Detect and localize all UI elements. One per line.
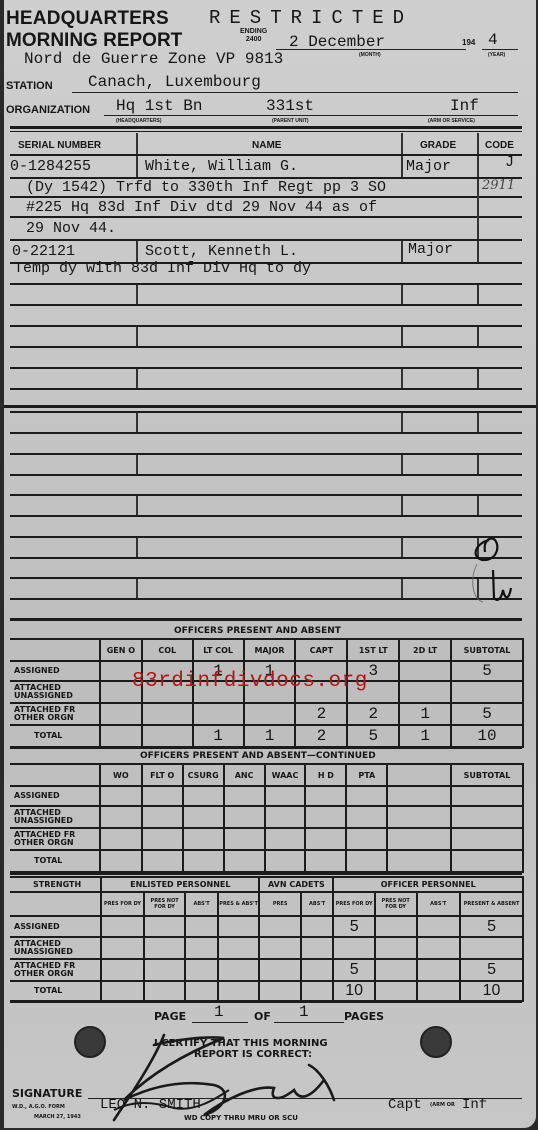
column-separator xyxy=(136,156,138,177)
entry-remark: Temp dy with 83d Inf Div Hq to dy xyxy=(14,260,311,277)
column-separator xyxy=(401,413,403,432)
form-date: MARCH 27, 1943 xyxy=(34,1114,81,1120)
table-row: ASSIGNED xyxy=(10,786,523,806)
cell xyxy=(144,959,186,981)
row-label: ATTACHED FR OTHER ORGN xyxy=(10,959,101,981)
cell xyxy=(142,725,193,747)
cell xyxy=(305,806,346,828)
cell xyxy=(305,850,346,872)
rule-line xyxy=(10,453,522,455)
cell xyxy=(451,806,523,828)
table-row: TOTAL 10 10 xyxy=(10,981,523,1001)
cell xyxy=(100,786,142,806)
cell xyxy=(218,916,260,937)
section-divider xyxy=(10,872,522,875)
cell xyxy=(185,916,217,937)
cell xyxy=(399,661,451,681)
cell xyxy=(218,959,260,981)
cell xyxy=(100,725,142,747)
cell xyxy=(417,937,461,959)
table-row: ATTACHED FR OTHER ORGN 2 2 1 5 xyxy=(10,703,523,725)
morning-report-document: HEADQUARTERS RESTRICTED MORNING REPORT E… xyxy=(4,0,536,1128)
rule-line xyxy=(10,557,522,559)
cell xyxy=(100,703,142,725)
cell xyxy=(265,806,306,828)
cell xyxy=(142,828,183,850)
form-title-headquarters: HEADQUARTERS xyxy=(6,8,169,30)
cell: 10 xyxy=(451,725,523,747)
row-label: ATTACHED FR OTHER ORGN xyxy=(10,703,100,725)
officers-continued-table: WO FLT O CSURG ANC WAAC H D PTA SUBTOTAL… xyxy=(10,763,524,873)
cell xyxy=(375,937,417,959)
column-header: PRESENT & ABSENT xyxy=(460,892,523,916)
row-label: ATTACHED UNASSIGNED xyxy=(10,937,101,959)
row-label: ATTACHED UNASSIGNED xyxy=(10,681,100,703)
cell: 5 xyxy=(333,959,375,981)
cell xyxy=(218,981,260,1001)
page-number: 1 xyxy=(214,1003,224,1021)
location-zone: Nord de Guerre Zone VP 9813 xyxy=(24,50,283,68)
cell xyxy=(346,806,387,828)
pages-label: PAGES xyxy=(344,1010,384,1023)
cell xyxy=(224,786,265,806)
column-separator xyxy=(401,496,403,515)
column-header-grade: GRADE xyxy=(420,140,456,151)
organization-underline xyxy=(104,115,518,116)
pages-underline xyxy=(274,1022,344,1023)
table-row: TOTAL 1 1 2 5 1 10 xyxy=(10,725,523,747)
organization-label: ORGANIZATION xyxy=(6,104,90,116)
entry-code-note: 2911 xyxy=(482,178,515,193)
cell xyxy=(101,937,144,959)
cell xyxy=(375,916,417,937)
cell xyxy=(101,959,144,981)
station-label: STATION xyxy=(6,80,53,92)
cell xyxy=(387,850,451,872)
cell: 2 xyxy=(347,703,399,725)
column-separator xyxy=(401,579,403,598)
signer-name: LEO N. SMITH xyxy=(100,1097,201,1113)
cell xyxy=(193,703,244,725)
cell xyxy=(346,786,387,806)
cell xyxy=(305,786,346,806)
cell xyxy=(183,806,224,828)
cell xyxy=(259,959,301,981)
cell xyxy=(301,981,333,1001)
column-header: ABS'T xyxy=(301,892,333,916)
cell xyxy=(417,959,461,981)
cell xyxy=(142,850,183,872)
column-header xyxy=(387,764,451,786)
rule-line xyxy=(10,577,522,579)
column-header: PTA xyxy=(346,764,387,786)
column-header: 2D LT xyxy=(399,639,451,661)
of-label: OF xyxy=(254,1010,271,1023)
cell xyxy=(417,981,461,1001)
column-header: SUBTOTAL xyxy=(451,764,523,786)
signature-label: SIGNATURE xyxy=(12,1087,82,1100)
column-separator xyxy=(136,285,138,304)
cell xyxy=(451,828,523,850)
cell: 5 xyxy=(460,959,523,981)
table-row: ATTACHED UNASSIGNED xyxy=(10,937,523,959)
row-label: ASSIGNED xyxy=(10,786,100,806)
column-header: FLT O xyxy=(142,764,183,786)
rule-line xyxy=(10,474,522,476)
column-separator xyxy=(477,285,479,304)
rule-line xyxy=(10,216,522,218)
column-header: 1ST LT xyxy=(347,639,399,661)
cell xyxy=(144,937,186,959)
copy-routing-note: WD COPY THRU MRU OR SCU xyxy=(184,1114,298,1122)
column-separator xyxy=(477,241,479,262)
officers-table-title: OFFICERS PRESENT AND ABSENT xyxy=(174,626,341,636)
rule-line xyxy=(10,346,522,348)
strength-table: STRENGTH ENLISTED PERSONNEL AVN CADETS O… xyxy=(10,876,524,1002)
table-row: TOTAL xyxy=(10,850,523,872)
cell xyxy=(185,937,217,959)
row-label: ASSIGNED xyxy=(10,661,100,681)
entry-name: White, William G. xyxy=(145,158,298,175)
entry-grade: Major xyxy=(408,241,453,258)
cell xyxy=(265,850,306,872)
column-header: PRES FOR DY xyxy=(101,892,144,916)
officers-continued-title: OFFICERS PRESENT AND ABSENT—CONTINUED xyxy=(140,751,376,761)
cell xyxy=(301,916,333,937)
year-caption: (YEAR) xyxy=(488,52,505,58)
year-underline xyxy=(482,49,518,50)
entry-remark: (Dy 1542) Trfd to 330th Inf Regt pp 3 SO xyxy=(26,179,386,196)
row-label: ASSIGNED xyxy=(10,916,101,937)
group-header-officer: OFFICER PERSONNEL xyxy=(333,877,523,892)
rule-line xyxy=(10,154,522,156)
column-header: PRES NOT FOR DY xyxy=(375,892,417,916)
row-label: ATTACHED UNASSIGNED xyxy=(10,806,100,828)
cell xyxy=(185,959,217,981)
cell xyxy=(224,850,265,872)
cell: 5 xyxy=(451,661,523,681)
rule-line xyxy=(10,494,522,496)
column-header: PRES FOR DY xyxy=(333,892,375,916)
entry-code: J xyxy=(505,154,514,171)
column-header: LT COL xyxy=(193,639,244,661)
handwritten-initials-icon xyxy=(469,530,519,610)
column-separator xyxy=(136,413,138,432)
column-header: PRES xyxy=(259,892,301,916)
cell xyxy=(142,703,193,725)
column-separator xyxy=(401,241,403,262)
cell xyxy=(305,828,346,850)
entry-name: Scott, Kenneth L. xyxy=(145,243,298,260)
cell xyxy=(224,828,265,850)
row-label: TOTAL xyxy=(10,850,100,872)
page-label: PAGE xyxy=(154,1010,186,1023)
column-header: GEN O xyxy=(100,639,142,661)
table-row: ATTACHED UNASSIGNED xyxy=(10,806,523,828)
rule-line xyxy=(10,515,522,517)
column-header-serial: SERIAL NUMBER xyxy=(18,140,101,151)
cell xyxy=(387,786,451,806)
cell xyxy=(183,786,224,806)
column-separator xyxy=(136,455,138,474)
column-header: SUBTOTAL xyxy=(451,639,523,661)
entry-remark: 29 Nov 44. xyxy=(26,220,116,237)
rule-line xyxy=(10,411,522,413)
month-caption: (MONTH) xyxy=(359,52,381,58)
section-divider-thin xyxy=(10,131,522,132)
arm-caption: (ARM OR SERVICE) xyxy=(428,118,475,124)
entry-grade: Major xyxy=(406,158,451,175)
cell xyxy=(244,703,296,725)
cell: 5 xyxy=(451,703,523,725)
organization-headquarters: Hq 1st Bn xyxy=(116,97,202,115)
section-divider xyxy=(10,126,522,129)
column-header-code: CODE xyxy=(485,140,514,151)
cell: 1 xyxy=(193,725,244,747)
cell xyxy=(375,959,417,981)
year-prefix: 194 xyxy=(462,38,475,47)
officers-table: GEN O COL LT COL MAJOR CAPT 1ST LT 2D LT… xyxy=(10,638,524,748)
cell: 5 xyxy=(460,916,523,937)
column-header: WO xyxy=(100,764,142,786)
rule-line xyxy=(10,598,522,600)
watermark: 83rdinfdivdocs.org xyxy=(132,670,368,693)
ending-label: ENDING 2400 xyxy=(240,28,267,44)
cell: 10 xyxy=(460,981,523,1001)
cell: 5 xyxy=(347,725,399,747)
column-separator xyxy=(477,413,479,432)
column-separator xyxy=(401,133,403,154)
ending-label-line2: 2400 xyxy=(240,36,267,44)
cell xyxy=(346,828,387,850)
cell xyxy=(183,850,224,872)
cell xyxy=(451,850,523,872)
signer-arm: Inf xyxy=(462,1097,487,1113)
rule-line xyxy=(10,196,522,198)
cell xyxy=(144,981,186,1001)
column-header: COL xyxy=(142,639,193,661)
cell: 1 xyxy=(244,725,296,747)
cell xyxy=(375,981,417,1001)
entry-serial: 0-22121 xyxy=(12,243,75,260)
cell xyxy=(460,937,523,959)
cell xyxy=(333,937,375,959)
strength-label: STRENGTH xyxy=(10,877,101,892)
signer-grade: Capt xyxy=(388,1097,422,1113)
column-separator xyxy=(477,179,479,239)
column-separator xyxy=(477,369,479,388)
cell xyxy=(346,850,387,872)
cell xyxy=(101,981,144,1001)
group-header-enlisted: ENLISTED PERSONNEL xyxy=(101,877,259,892)
column-separator xyxy=(136,241,138,262)
column-separator xyxy=(477,156,479,177)
cell xyxy=(101,916,144,937)
entry-remark: #225 Hq 83d Inf Div dtd 29 Nov 44 as of xyxy=(26,199,377,216)
rule-line xyxy=(10,536,522,538)
column-header: PRES NOT FOR DY xyxy=(144,892,186,916)
cell xyxy=(100,850,142,872)
form-identifier: W.D., A.G.O. FORM xyxy=(12,1104,65,1110)
table-row: ASSIGNED 5 5 xyxy=(10,916,523,937)
cell xyxy=(399,681,451,703)
cell xyxy=(387,806,451,828)
rule-line xyxy=(10,283,522,285)
cell xyxy=(301,937,333,959)
cell xyxy=(259,981,301,1001)
row-label: ATTACHED FR OTHER ORGN xyxy=(10,828,100,850)
cell xyxy=(224,806,265,828)
section-divider xyxy=(10,618,522,621)
continued-header-corner xyxy=(10,764,100,786)
station-value: Canach, Luxembourg xyxy=(88,73,261,91)
column-separator xyxy=(401,156,403,177)
column-separator xyxy=(136,369,138,388)
total-pages: 1 xyxy=(299,1003,309,1021)
section-divider xyxy=(10,746,522,749)
column-separator xyxy=(136,538,138,557)
column-header: WAAC xyxy=(265,764,306,786)
station-underline xyxy=(72,92,518,93)
cell xyxy=(451,681,523,703)
cell: 1 xyxy=(399,703,451,725)
cell xyxy=(142,806,183,828)
cell xyxy=(183,828,224,850)
ending-label-line1: ENDING xyxy=(240,28,267,36)
cell xyxy=(185,981,217,1001)
cell xyxy=(142,786,183,806)
strength-header-corner xyxy=(10,892,101,916)
cell: 1 xyxy=(399,725,451,747)
cell xyxy=(417,916,461,937)
column-separator xyxy=(477,327,479,346)
form-title-morning-report: MORNING REPORT xyxy=(6,30,182,52)
column-separator xyxy=(401,327,403,346)
cell xyxy=(387,828,451,850)
column-separator xyxy=(136,327,138,346)
cell: 2 xyxy=(295,725,347,747)
organization-arm: Inf xyxy=(450,97,479,115)
fold-divider xyxy=(4,405,536,408)
section-divider xyxy=(10,1000,522,1003)
column-separator xyxy=(401,285,403,304)
cell xyxy=(451,786,523,806)
column-header: ABS'T xyxy=(185,892,217,916)
column-header: CSURG xyxy=(183,764,224,786)
cell xyxy=(265,786,306,806)
cell xyxy=(100,828,142,850)
report-date: 2 December xyxy=(289,33,385,51)
cell xyxy=(265,828,306,850)
column-separator xyxy=(136,133,138,154)
rule-line xyxy=(10,367,522,369)
row-label: TOTAL xyxy=(10,725,100,747)
cell xyxy=(218,937,260,959)
cell: 5 xyxy=(333,916,375,937)
page-underline xyxy=(192,1022,248,1023)
parent-unit-caption: (PARENT UNIT) xyxy=(272,118,309,124)
entry-serial: 0-1284255 xyxy=(10,158,91,175)
column-separator xyxy=(477,133,479,154)
column-separator xyxy=(477,455,479,474)
column-header: PRES & ABS'T xyxy=(218,892,260,916)
table-row: ATTACHED FR OTHER ORGN xyxy=(10,828,523,850)
column-separator xyxy=(477,496,479,515)
punch-hole-icon xyxy=(420,1026,452,1058)
headquarters-caption: (HEADQUARTERS) xyxy=(116,118,162,124)
table-row: ATTACHED FR OTHER ORGN 5 5 xyxy=(10,959,523,981)
rule-line xyxy=(10,304,522,306)
officers-header-corner xyxy=(10,639,100,661)
classification-stamp: RESTRICTED xyxy=(209,7,413,29)
rule-line xyxy=(10,388,522,390)
cell xyxy=(259,937,301,959)
rule-line xyxy=(10,432,522,434)
arm-caption: (ARM OR xyxy=(430,1102,455,1108)
column-header: MAJOR xyxy=(244,639,296,661)
cell: 10 xyxy=(333,981,375,1001)
column-separator xyxy=(136,496,138,515)
cell xyxy=(144,916,186,937)
cell: 2 xyxy=(295,703,347,725)
rule-line xyxy=(10,325,522,327)
cell xyxy=(100,806,142,828)
column-separator xyxy=(401,538,403,557)
column-separator xyxy=(401,455,403,474)
column-header: ABS'T xyxy=(417,892,461,916)
cell xyxy=(259,916,301,937)
row-label: TOTAL xyxy=(10,981,101,1001)
year-digit: 4 xyxy=(488,31,498,49)
column-separator xyxy=(401,369,403,388)
column-header: H D xyxy=(305,764,346,786)
column-header: CAPT xyxy=(295,639,347,661)
group-header-cadets: AVN CADETS xyxy=(259,877,333,892)
column-header-name: NAME xyxy=(252,140,281,151)
organization-parent-unit: 331st xyxy=(266,97,314,115)
column-header: ANC xyxy=(224,764,265,786)
column-separator xyxy=(136,579,138,598)
cell xyxy=(301,959,333,981)
